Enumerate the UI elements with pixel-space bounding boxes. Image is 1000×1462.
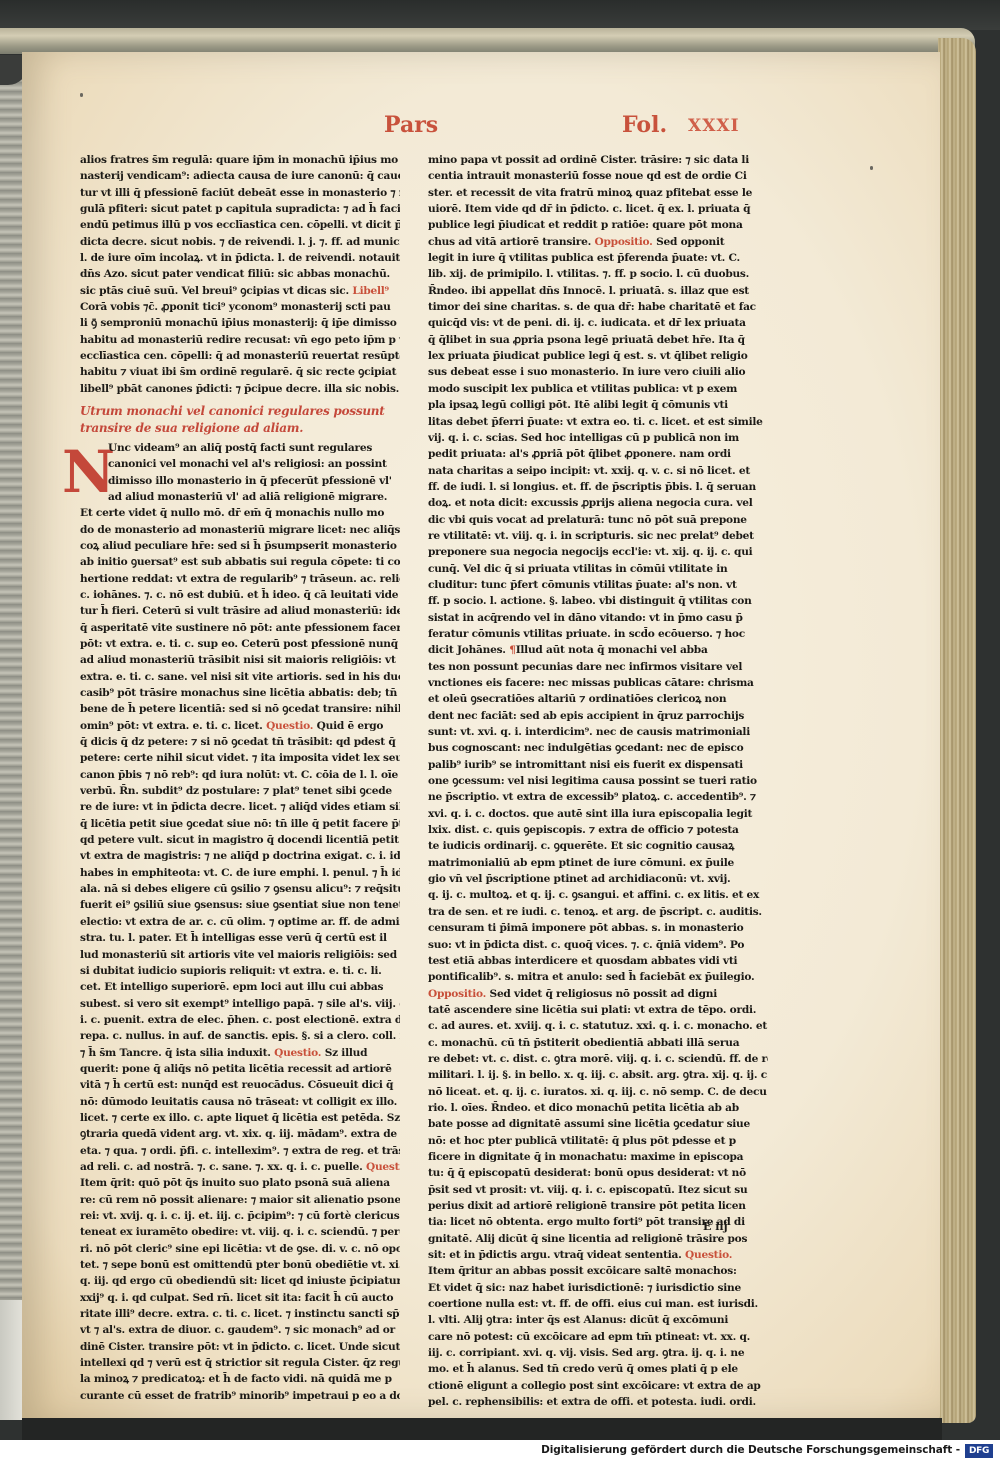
text-line: cluditur: tunc p̄fert cōmunis vtilitas p… bbox=[428, 577, 768, 593]
text-line: fuerit ei⁹ ꝯsiliū siue ꝯsensus: siue ꝯse… bbox=[80, 897, 400, 913]
text-line: sunt: vt. xvi. q. i. interdicim⁹. nec de… bbox=[428, 724, 768, 740]
text-line: teneat ex iuramēto obedire: vt. viij. q.… bbox=[80, 1224, 400, 1240]
text-line: re debet: vt. c. dist. c. ꝯtra morē. vii… bbox=[428, 1051, 768, 1067]
text-line: i. c. puenit. extra de elec. p̄hen. c. p… bbox=[80, 1012, 400, 1028]
text-line: Unc videam⁹ an aliq̄ postq̄ facti sunt r… bbox=[108, 440, 400, 456]
questio-rubric: Questio. bbox=[685, 1249, 732, 1261]
text-line: nō: dūmodo leuitatis causa nō trāseat: v… bbox=[80, 1094, 400, 1110]
text-line: legit in iure q̄ vtilitas publica est p̄… bbox=[428, 250, 768, 266]
text-line: ne p̄scriptio. vt extra de excessib⁹ pla… bbox=[428, 789, 768, 805]
text-line: nō liceat. et. q. ij. c. iuratos. xi. q.… bbox=[428, 1084, 768, 1100]
text-line: do de monasterio ad monasteriū migrare l… bbox=[80, 522, 400, 538]
digitization-credit-bar: Digitalisierung gefördert durch die Deut… bbox=[0, 1440, 1000, 1462]
section-heading-rubric: Utrum monachi vel canonici regulares pos… bbox=[80, 403, 400, 419]
text-line: repa. c. nullus. in auf. de sanctis. epi… bbox=[80, 1028, 400, 1044]
text-line: tur vt illi q̄ pfessionē faciūt debeāt e… bbox=[80, 185, 400, 201]
text-line: ꝯtraria quedā vident arg. vt. xix. q. ii… bbox=[80, 1126, 400, 1142]
text-line: dent nec faciāt: sed ab epis accipient i… bbox=[428, 708, 768, 724]
text-line: doꝝ. et nota dicit: excussis ꝓprijs alie… bbox=[428, 495, 768, 511]
text-line: li ꝯ̄ semproniū monachū ip̄ius monasteri… bbox=[80, 315, 400, 331]
text-line: lxix. dist. c. quis ꝯepiscopis. ⁊ extra … bbox=[428, 822, 768, 838]
text-line: pontificalib⁹. s. mitra et anulo: sed h̄… bbox=[428, 969, 768, 985]
text-line: ecclīastica cen. cōpelli: q̄ ad monaster… bbox=[80, 348, 400, 364]
quire-signature-mark: E iij bbox=[703, 1220, 728, 1233]
text-line: bus cognoscant: nec indulgētias ꝯcedant:… bbox=[428, 740, 768, 756]
text-line: re: cū rem nō possit alienare: ⁊ maior s… bbox=[80, 1192, 400, 1208]
text-line: re vtilitatē: vt. viij. q. i. in scriptu… bbox=[428, 528, 768, 544]
text-line: uiorē. Item vide qd dr̄ in p̄dicto. c. l… bbox=[428, 201, 768, 217]
oppositio-rubric: Oppositio. bbox=[428, 988, 486, 1000]
text-line: canonici vel monachi vel al's religiosi:… bbox=[108, 456, 400, 472]
text-line: censuram ti p̄imā imponere pōt abbas. s.… bbox=[428, 920, 768, 936]
text-line: vitā ⁊ h̄ certū est: nunq̄d est reuocādu… bbox=[80, 1077, 400, 1093]
text-line: mo. et h̄ alanus. Sed tn̄ credo verū q̄ … bbox=[428, 1361, 768, 1377]
book-cover-top bbox=[0, 0, 1000, 30]
text-line: modo suscipit lex publica et vtilitas pu… bbox=[428, 381, 768, 397]
text-line: ri. nō pōt cleric⁹ sine epi licētia: vt … bbox=[80, 1241, 400, 1257]
text-line: te iudicis ordinarij. c. ꝯquerēte. Et si… bbox=[428, 838, 768, 854]
dfg-credit-text: Digitalisierung gefördert durch die Deut… bbox=[541, 1444, 960, 1456]
text-line: cunq̄. Vel dic q̄ si priuata vtilitas in… bbox=[428, 561, 768, 577]
text-line: verbū. R̄n. subdit⁹ dz postulare: ⁊ plat… bbox=[80, 783, 400, 799]
text-line: R̄ndeo. ibi appellat dn̄s Innocē. l. pri… bbox=[428, 283, 768, 299]
text-line: p̄sit sed vt prosit: vt. viij. q. i. c. … bbox=[428, 1182, 768, 1198]
page-bottom-shadow bbox=[22, 1418, 942, 1440]
text-fragment: chus ad vitā artiorē transire. bbox=[428, 236, 591, 248]
text-line: querit: pone q̄ aliq̄s nō petita licētia… bbox=[80, 1061, 400, 1077]
text-line: nata charitas a seipo incipit: vt. xxij.… bbox=[428, 463, 768, 479]
text-line: coꝝ aliud peculiare hr̄e: sed si h̄ p̄su… bbox=[80, 538, 400, 554]
questio-rubric: Questio. bbox=[366, 1161, 400, 1173]
book-scan: Pars Fol. XXXI alios fratres s̄m regulā:… bbox=[0, 0, 1000, 1440]
text-line: dimisso illo monasterio in q̄ pfecerūt p… bbox=[108, 473, 400, 489]
text-line: dinē Cister. transire pōt: vt in p̄dicto… bbox=[80, 1339, 400, 1355]
text-line: q̄ dicis q̄ dz petere: ⁊ si nō ꝯcedat tn… bbox=[80, 734, 400, 750]
text-line: Item q̄rit: quō pōt q̄s inuito suo plato… bbox=[80, 1175, 400, 1191]
text-line: habitu ad monasteriū redire recusat: vn̄… bbox=[80, 332, 400, 348]
text-line: suo: vt in p̄dicta dist. c. quoq̄ vices.… bbox=[428, 937, 768, 953]
text-line: bate posse ad dignitatē assumi sine licē… bbox=[428, 1116, 768, 1132]
text-line: lud monasteriū sit artioris vite vel mai… bbox=[80, 947, 400, 963]
page-block-fore-edge bbox=[938, 38, 976, 1423]
dfg-logo-icon: DFG bbox=[965, 1444, 993, 1458]
text-fragment: sic ptās ciuē suū. Vel breui⁹ ꝯcipias vt… bbox=[80, 285, 349, 297]
text-fragment: omin⁹ pōt: vt extra. e. ti. c. licet. bbox=[80, 720, 263, 732]
text-line: pōt: vt extra. e. ti. c. sup eo. Ceterū … bbox=[80, 636, 400, 652]
text-line: l. vlti. Alij ꝯtra: inter q̄s est Alanus… bbox=[428, 1312, 768, 1328]
text-line: dicta decre. sicut nobis. ⁊ de reivendi.… bbox=[80, 234, 400, 250]
text-line: ster. et recessit de vita fratrū minoꝝ q… bbox=[428, 185, 768, 201]
text-line: hertione reddat: vt extra de regularib⁹ … bbox=[80, 571, 400, 587]
paper-speck bbox=[870, 166, 873, 170]
text-line: cet. Et intelligo superiorē. epm loci au… bbox=[80, 979, 400, 995]
text-line: ad aliud monasteriū vl' ad aliā religion… bbox=[108, 489, 400, 505]
text-line: care nō potest: cū excōicare ad epm tm̄ … bbox=[428, 1329, 768, 1345]
text-line: ritate illi⁹ decre. extra. c. ti. c. lic… bbox=[80, 1306, 400, 1322]
text-line: rei: vt. xvij. q. i. c. ij. et. iij. c. … bbox=[80, 1208, 400, 1224]
paper-speck bbox=[80, 93, 83, 97]
text-line: c. iohānes. ⁊. c. nō est dubiū. et h̄ id… bbox=[80, 587, 400, 603]
text-line: vt extra de magistris: ⁊ ne aliq̄d p doc… bbox=[80, 848, 400, 864]
folio-number: XXXI bbox=[688, 116, 740, 136]
text-line: iij. c. corripiant. xvi. q. vij. visis. … bbox=[428, 1345, 768, 1361]
text-line: quicq̄d vis: vt de peni. di. ij. c. iudi… bbox=[428, 315, 768, 331]
text-line: ctionē eligunt a collegio post sint excō… bbox=[428, 1378, 768, 1394]
text-column-left: alios fratres s̄m regulā: quare ip̄m in … bbox=[80, 152, 400, 1404]
text-line: pedit priuata: al's ꝓpriā pōt q̄libet ꝓp… bbox=[428, 446, 768, 462]
text-line: ficere in dignitate q̄ in monachatu: max… bbox=[428, 1149, 768, 1165]
text-line: q. iij. qd ergo cū obediendū sit: licet … bbox=[80, 1273, 400, 1289]
text-line: mino papa vt possit ad ordinē Cister. tr… bbox=[428, 152, 768, 168]
text-line: vnctiones eis facere: nec missas publica… bbox=[428, 675, 768, 691]
text-fragment: ad reli. c. ad nostrā. ⁊. c. sane. ⁊. xx… bbox=[80, 1161, 363, 1173]
text-line: Et certe videt q̄ nullo mō. dr̄ em̄ q̄ m… bbox=[80, 505, 400, 521]
text-fragment: Sz illud bbox=[325, 1047, 368, 1059]
text-line: tur h̄ fieri. Ceterū si vult trāsire ad … bbox=[80, 603, 400, 619]
text-line: ad reli. c. ad nostrā. ⁊. c. sane. ⁊. xx… bbox=[80, 1159, 400, 1175]
text-line: libell⁹ pbāt canones p̄dicti: ⁊ p̄cipue … bbox=[80, 381, 400, 397]
page-block-top-edge bbox=[0, 28, 975, 54]
oppositio-rubric: Oppositio. bbox=[595, 236, 653, 248]
text-line: q̄ licētia petit siue ꝯcedat siue nō: tn… bbox=[80, 816, 400, 832]
red-initial-letter: N bbox=[62, 442, 106, 504]
text-line: litas debet p̄ferri p̄uate: vt extra eo.… bbox=[428, 414, 768, 430]
text-line: tes non possunt pecunias dare nec infirm… bbox=[428, 659, 768, 675]
text-line: habitu ⁊ viuat ibi s̄m ordinē regularē. … bbox=[80, 364, 400, 380]
questio-rubric: Questio. bbox=[274, 1047, 321, 1059]
text-line: omin⁹ pōt: vt extra. e. ti. c. licet. Qu… bbox=[80, 718, 400, 734]
text-line: palib⁹ iurib⁹ se intromittant nisi eis f… bbox=[428, 757, 768, 773]
text-line: chus ad vitā artiorē transire. Oppositio… bbox=[428, 234, 768, 250]
text-line: ff. de iudi. l. si longius. et. ff. de p… bbox=[428, 479, 768, 495]
text-line: re de iure: vt in p̄dicta decre. licet. … bbox=[80, 799, 400, 815]
text-line: nō: et hoc pter publicā vtilitatē: q̄ pl… bbox=[428, 1133, 768, 1149]
text-line: dic vbi quis vocat ad prelaturā: tunc nō… bbox=[428, 512, 768, 528]
text-line: alios fratres s̄m regulā: quare ip̄m in … bbox=[80, 152, 400, 168]
running-head: Pars Fol. XXXI bbox=[0, 112, 1000, 146]
text-line: Oppositio. Sed videt q̄ religiosus nō po… bbox=[428, 986, 768, 1002]
text-line: xvi. q. i. c. doctos. que autē sint illa… bbox=[428, 806, 768, 822]
initial-paragraph: N Unc videam⁹ an aliq̄ postq̄ facti sunt… bbox=[80, 440, 400, 505]
text-fragment: Quid ē ergo bbox=[317, 720, 384, 732]
text-line: lib. xij. de primipilo. l. vtilitas. ⁊. … bbox=[428, 266, 768, 282]
text-line: petere: certe nihil sicut videt. ⁊ ita i… bbox=[80, 750, 400, 766]
text-line: l. de iure oīm incolaꝝ. vt in p̄dicta. l… bbox=[80, 250, 400, 266]
text-fragment: Sed videt q̄ religiosus nō possit ad dig… bbox=[490, 988, 717, 1000]
text-line: tu: q̄ q̄ episcopatū desiderat: bonū opu… bbox=[428, 1165, 768, 1181]
text-line: stra. tu. l. pater. Et h̄ intelligas ess… bbox=[80, 930, 400, 946]
text-line: tet. ⁊ sepe bonū est omittendū pter bonū… bbox=[80, 1257, 400, 1273]
text-line: test etiā abbas interdicere et quosdam a… bbox=[428, 953, 768, 969]
text-line: militari. l. ij. §. in bello. x. q. iij.… bbox=[428, 1067, 768, 1083]
text-line: ad aliud monasteriū trāsibit nisi sit ma… bbox=[80, 652, 400, 668]
facing-page-margin bbox=[0, 1300, 22, 1420]
text-line: extra. e. ti. c. sane. vel nisi sit vite… bbox=[80, 669, 400, 685]
text-line: Item q̄ritur an abbas possit excōicare s… bbox=[428, 1263, 768, 1279]
text-line: si dubitat iudicio supioris reliquit: vt… bbox=[80, 963, 400, 979]
text-line: dicit Johānes. ¶Illud aūt nota q̄ monach… bbox=[428, 642, 768, 658]
text-fragment: ⁊ h̄ s̄m Tancre. q̄ ista silia induxit. bbox=[80, 1047, 271, 1059]
text-line: feratur cōmunis vtilitas priuate. in scd… bbox=[428, 626, 768, 642]
text-line: q̄ q̄libet in sua ꝓpria psona legē priua… bbox=[428, 332, 768, 348]
text-line: c. ad aures. et. xviij. q. i. c. statutu… bbox=[428, 1018, 768, 1034]
text-line: lex priuata p̄iudicat publice legi q̄ es… bbox=[428, 348, 768, 364]
text-line: intellexi qd ⁊ verū est q̄ strictior sit… bbox=[80, 1355, 400, 1371]
text-line: publice legi p̄iudicat et reddit p ratiō… bbox=[428, 217, 768, 233]
text-line: one ꝯcessum: vel nisi legitima causa pos… bbox=[428, 773, 768, 789]
text-line: tra de sen. et re iudi. c. tenoꝝ. et arg… bbox=[428, 904, 768, 920]
text-line: et oleū ꝯsecratiōes altariū ⁊ ordinatiōe… bbox=[428, 691, 768, 707]
text-line: vij. q. i. c. scias. Sed hoc intelligas … bbox=[428, 430, 768, 446]
text-line: Et videt q̄ sic: naz habet iurisdictionē… bbox=[428, 1280, 768, 1296]
text-line: vt ⁊ al's. extra de diuor. c. gaudem⁹. ⁊… bbox=[80, 1322, 400, 1338]
text-fragment: Sed opponit bbox=[656, 236, 724, 248]
text-line: bene de h̄ petere licentiā: sed si nō ꝯc… bbox=[80, 701, 400, 717]
text-line: qd petere vult. sicut in magistro q̄ doc… bbox=[80, 832, 400, 848]
libellus-rubric: Libell⁹ bbox=[352, 285, 389, 297]
text-line: electio: vt extra de ar. c. cū olim. ⁊ o… bbox=[80, 914, 400, 930]
text-line: nasterij vendicam⁹: adiecta causa de iur… bbox=[80, 168, 400, 184]
text-line: canon p̄bis ⁊ nō reb⁹: qd iura nolūt: vt… bbox=[80, 767, 400, 783]
running-head-pars: Pars bbox=[384, 112, 438, 138]
text-line: tatē ascendere sine licētia sui plati: v… bbox=[428, 1002, 768, 1018]
text-line: q. ij. c. multoꝝ. et q. ij. c. ꝯsangui. … bbox=[428, 887, 768, 903]
text-fragment: dicit Johānes. bbox=[428, 644, 506, 656]
text-line: habes in emphiteota: vt. C. de iure emph… bbox=[80, 865, 400, 881]
text-line: centia intrauit monasteriū fosse noue qd… bbox=[428, 168, 768, 184]
text-line: sus debeat esse i suo monasterio. In iur… bbox=[428, 364, 768, 380]
text-fragment: Illud aūt nota q̄ monachi vel abba bbox=[516, 644, 708, 656]
text-line: subest. si vero sit exempt⁹ intelligo pa… bbox=[80, 996, 400, 1012]
text-line: sit: et in p̄dictis argu. vtraq̄ videat … bbox=[428, 1247, 768, 1263]
running-head-fol-label: Fol. bbox=[622, 112, 667, 138]
text-line: preponere sua negocia negocijs eccl'ie: … bbox=[428, 544, 768, 560]
text-line: gnitatē. Alij dicūt q̄ sine licentia ad … bbox=[428, 1231, 768, 1247]
text-line: matrimonialiū ab epm ptinet de iure cōmu… bbox=[428, 855, 768, 871]
text-line: la minoꝝ ⁊ predicatoꝝ: et h̄ de facto vi… bbox=[80, 1371, 400, 1387]
text-line: ⁊ h̄ s̄m Tancre. q̄ ista silia induxit. … bbox=[80, 1045, 400, 1061]
text-line: gulā pfiteri: sicut patet p capitula sup… bbox=[80, 201, 400, 217]
text-line: pla ipsaꝝ legū colligi pōt. Itē alibi le… bbox=[428, 397, 768, 413]
text-line: timor dei sine charitas. s. de qua dr̄: … bbox=[428, 299, 768, 315]
text-line: rio. l. oīes. R̄ndeo. et dico monachū pe… bbox=[428, 1100, 768, 1116]
section-heading-rubric: transire de sua religione ad aliam. bbox=[80, 420, 400, 436]
text-line: c. monachū. cū tn̄ p̄stiterit obedientiā… bbox=[428, 1035, 768, 1051]
text-line: q̄ asperitatē vite sustinere nō pōt: ant… bbox=[80, 620, 400, 636]
text-line: licet. ⁊ certe ex illo. c. apte liquet q… bbox=[80, 1110, 400, 1126]
questio-rubric: Questio. bbox=[266, 720, 313, 732]
text-line: ala. nā si debes eligere cū ꝯsilio ⁊ ꝯse… bbox=[80, 881, 400, 897]
text-line: eta. ⁊ qua. ⁊ ordi. p̄fi. c. intellexim⁹… bbox=[80, 1143, 400, 1159]
text-line: ff. p socio. l. actione. §. labeo. vbi d… bbox=[428, 593, 768, 609]
text-line: xxij⁹ q. i. qd culpat. Sed rn̄. licet si… bbox=[80, 1290, 400, 1306]
text-line: pel. c. rephensibilis: et extra de offi.… bbox=[428, 1394, 768, 1410]
text-line: Corā vobis ⁊c̄. ꝓponit tici⁹ yconom⁹ mon… bbox=[80, 299, 400, 315]
text-line: sistat in acq̄rendo vel in dāno vitando:… bbox=[428, 610, 768, 626]
text-line: endū petimus illū p vos ecclīastica cen.… bbox=[80, 217, 400, 233]
text-line: gio vn̄ vel p̄scriptione ptinet ad archi… bbox=[428, 871, 768, 887]
text-line: ab initio ꝯuersat⁹ est sub abbatis sui r… bbox=[80, 554, 400, 570]
text-line: casib⁹ pōt trāsire monachus sine licētia… bbox=[80, 685, 400, 701]
text-fragment: sit: et in p̄dictis argu. vtraq̄ videat … bbox=[428, 1249, 682, 1261]
text-line: curante cū esset de fratrib⁹ minorib⁹ im… bbox=[80, 1388, 400, 1404]
text-line: perius dixit ad artiorē religionē transi… bbox=[428, 1198, 768, 1214]
text-line: dn̄s Azo. sicut pater vendicat filiū: si… bbox=[80, 266, 400, 282]
text-line: coertione nulla est: vt. ff. de offi. ei… bbox=[428, 1296, 768, 1312]
text-line: sic ptās ciuē suū. Vel breui⁹ ꝯcipias vt… bbox=[80, 283, 400, 299]
